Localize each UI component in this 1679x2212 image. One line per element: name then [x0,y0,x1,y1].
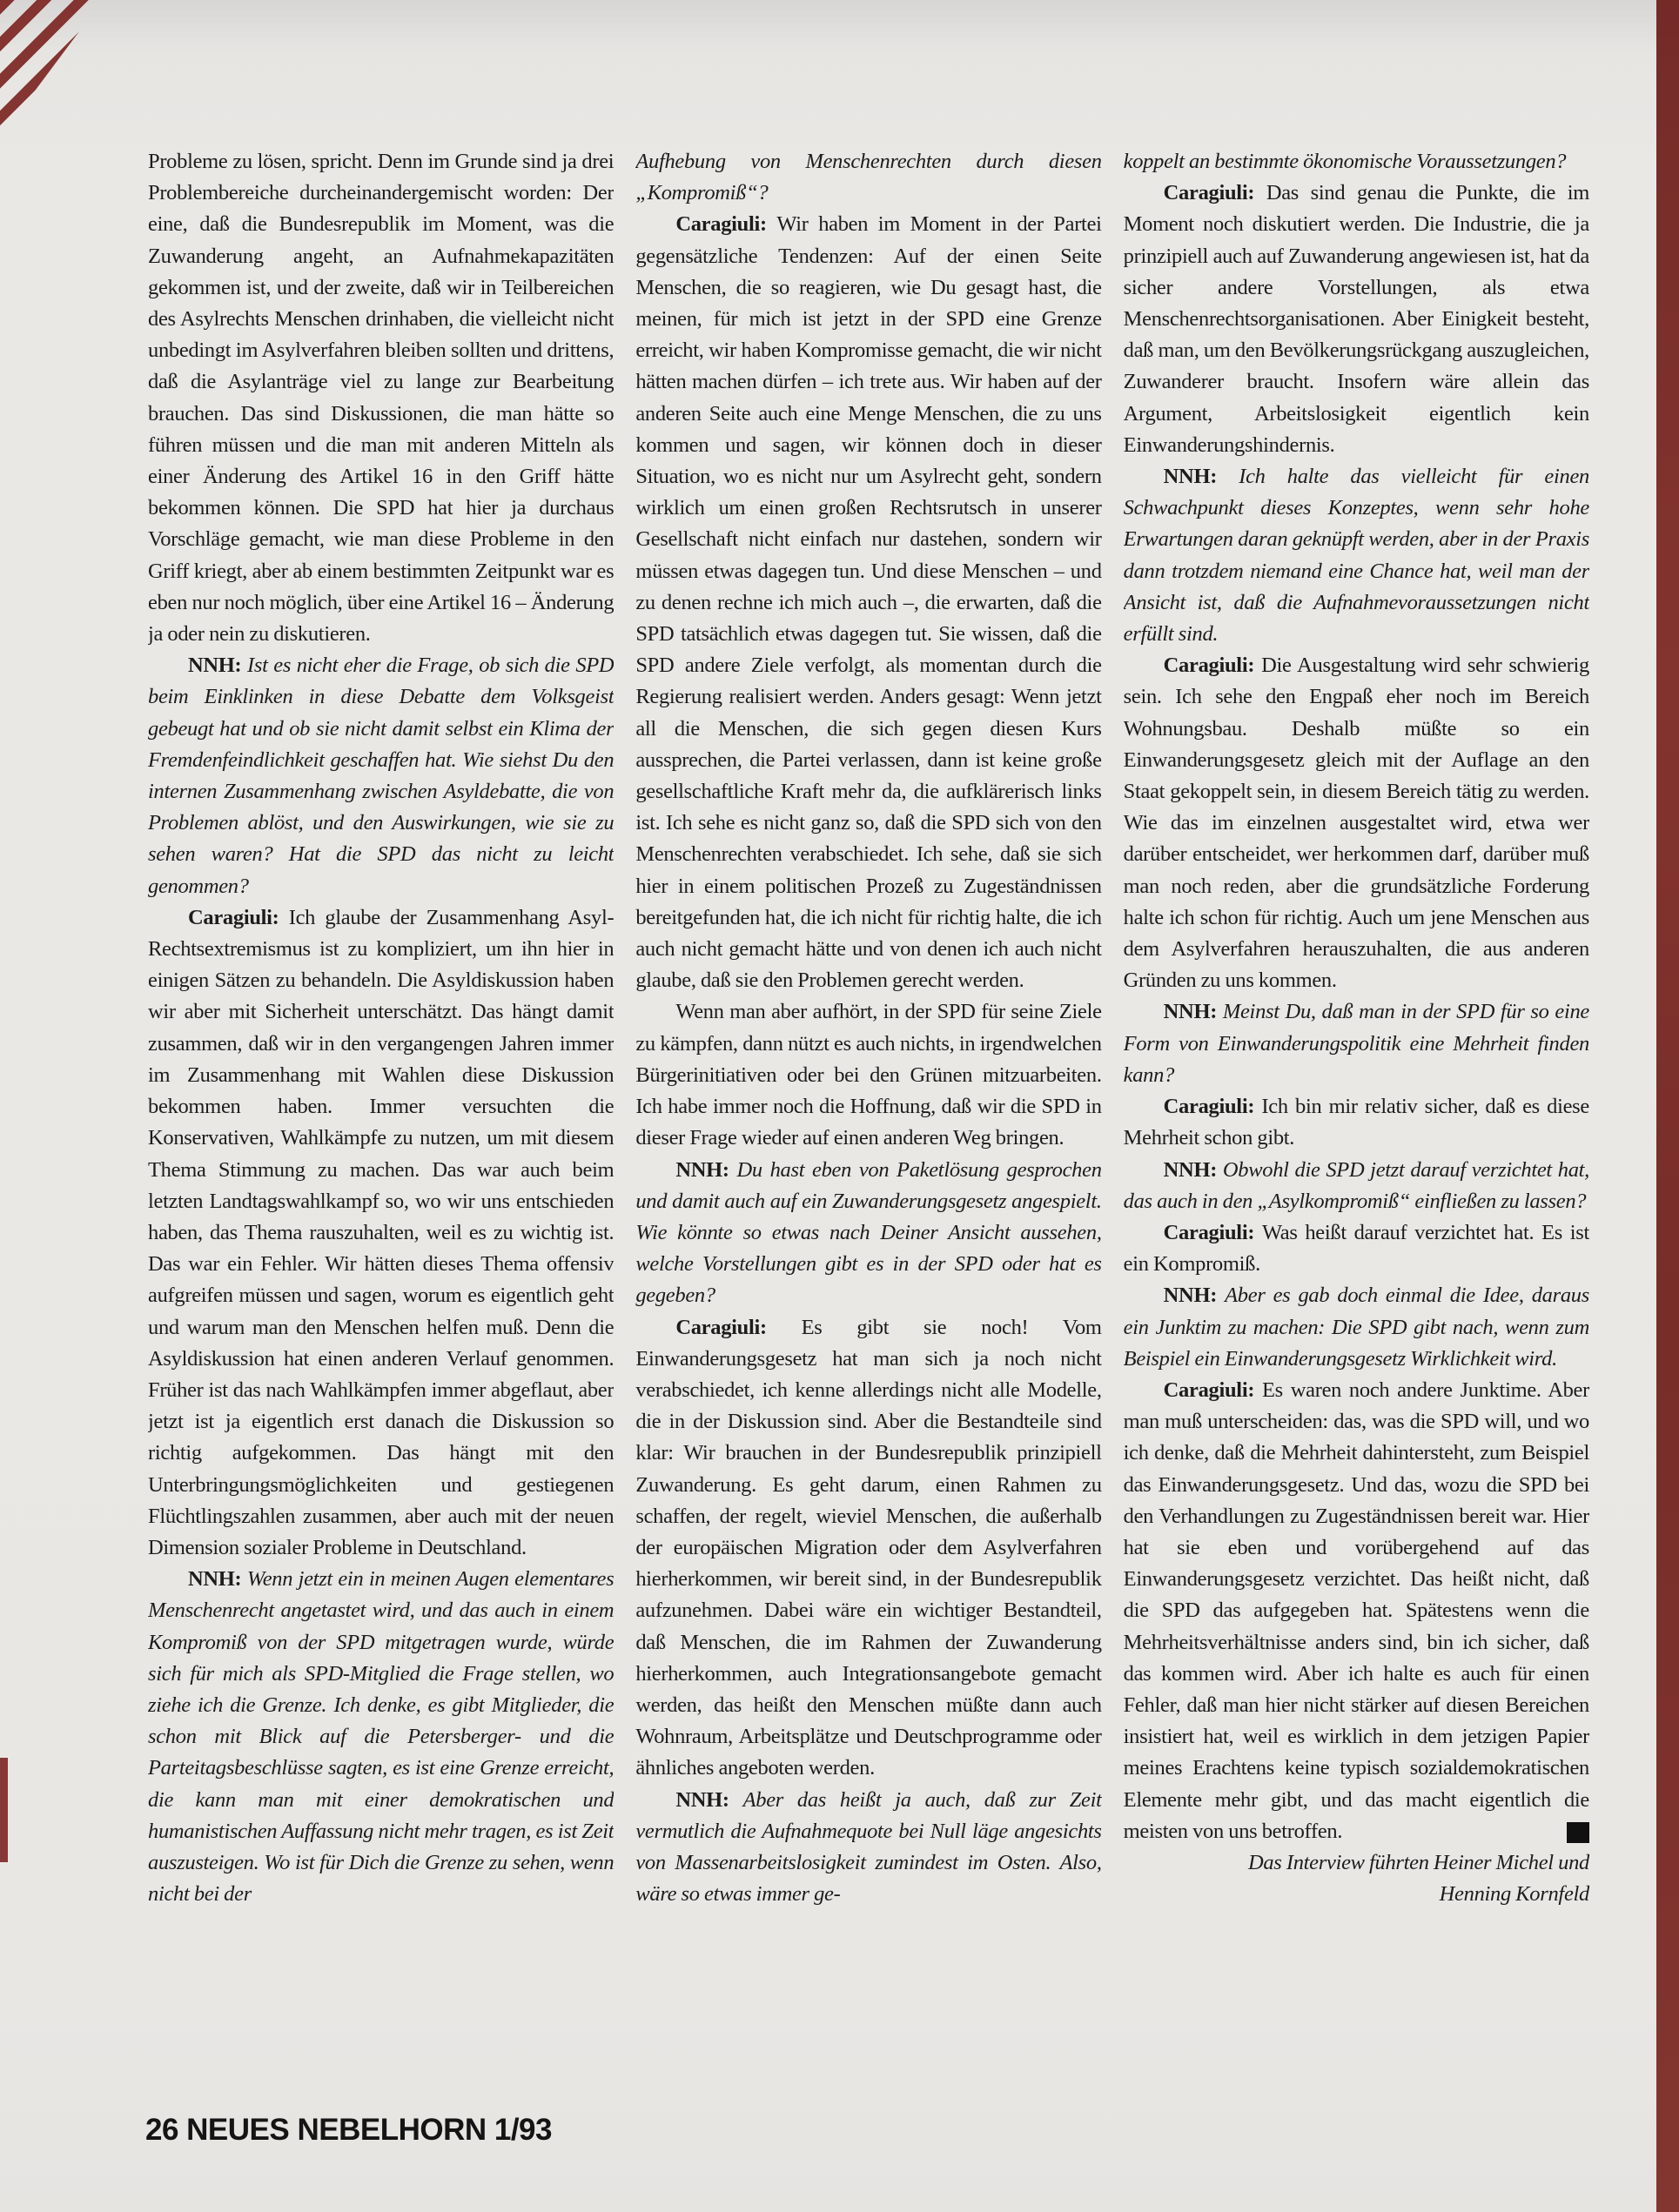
speaker-label: NNH: [188,654,247,677]
article-column-2: Aufhebung von Menschenrechten durch dies… [635,146,1101,2122]
interview-answer: Caragiuli: Das sind genau die Punkte, di… [1124,178,1589,461]
speaker-label: NNH: [675,1788,742,1812]
paragraph-text: Aufhebung von Menschenrechten durch dies… [635,150,1101,204]
speaker-label: Caragiuli: [1164,654,1261,677]
speaker-label: Caragiuli: [1164,1221,1262,1244]
interview-answer: Caragiuli: Was heißt darauf verzichtet h… [1124,1217,1589,1280]
speaker-label: NNH: [188,1567,247,1591]
interview-question: NNH: Wenn jetzt ein in meinen Augen elem… [148,1564,614,1910]
paragraph-text: Wenn jetzt ein in meinen Augen elementar… [148,1567,614,1906]
scan-corner-hatch-mark [0,0,111,146]
paragraph-text: Es gibt sie noch! Vom Einwanderungsgeset… [635,1316,1101,1780]
page-footer: 26 NEUES NEBELHORN 1/93 [145,2113,552,2148]
interview-answer: Wenn man aber aufhört, in der SPD für se… [635,996,1101,1154]
interview-question: NNH: Ist es nicht eher die Frage, ob sic… [148,650,614,902]
paragraph-text: Wenn man aber aufhört, in der SPD für se… [635,1000,1101,1150]
interview-question: NNH: Ich halte das vielleicht für einen … [1124,461,1589,650]
speaker-label: NNH: [1164,1158,1223,1182]
interview-answer: Caragiuli: Ich bin mir relativ sicher, d… [1124,1091,1589,1154]
speaker-label: Caragiuli: [1164,1095,1262,1118]
scan-right-edge-stripe [1656,0,1679,2212]
speaker-label: NNH: [675,1158,736,1182]
paragraph-text: koppelt an bestimmte ökonomische Vorauss… [1124,150,1567,173]
article-columns: Probleme zu lösen, spricht. Denn im Grun… [148,146,1589,2122]
interview-answer: Caragiuli: Es gibt sie noch! Vom Einwand… [635,1312,1101,1785]
article-column-1: Probleme zu lösen, spricht. Denn im Grun… [148,146,614,2122]
interview-question: NNH: Obwohl die SPD jetzt darauf verzich… [1124,1155,1589,1217]
interview-question: NNH: Du hast eben von Paketlösung gespro… [635,1155,1101,1312]
article-column-3: koppelt an bestimmte ökonomische Vorauss… [1124,146,1589,2122]
scan-left-edge-tick [0,1758,8,1862]
interview-question: Aufhebung von Menschenrechten durch dies… [635,146,1101,209]
interview-answer: Caragiuli: Wir haben im Moment in der Pa… [635,209,1101,996]
interview-question: NNH: Aber das heißt ja auch, daß zur Zei… [635,1785,1101,1911]
speaker-label: Caragiuli: [675,1316,801,1339]
paragraph-text: Wir haben im Moment in der Partei gegens… [635,212,1101,992]
interview-question: NNH: Aber es gab doch einmal die Idee, d… [1124,1280,1589,1375]
paragraph-text: Ist es nicht eher die Frage, ob sich die… [148,654,614,897]
interview-answer: Caragiuli: Es waren noch andere Junktime… [1124,1375,1589,1847]
paragraph-text: Ich glaube der Zusammenhang Asyl-Rechtse… [148,906,614,1559]
paragraph-text: Probleme zu lösen, spricht. Denn im Grun… [148,150,614,646]
scanned-magazine-page: Probleme zu lösen, spricht. Denn im Grun… [0,0,1679,2212]
interview-answer: Probleme zu lösen, spricht. Denn im Grun… [148,146,614,650]
byline-line: Henning Kornfeld [1440,1882,1589,1906]
speaker-label: Caragiuli: [1164,1378,1262,1402]
paragraph-text: Ich halte das vielleicht für einen Schwa… [1124,465,1589,646]
paragraph-text: Es waren noch andere Junktime. Aber man … [1124,1378,1589,1843]
paragraph-text: Die Ausgestaltung wird sehr schwierig se… [1124,654,1589,992]
speaker-label: NNH: [1164,465,1239,488]
byline: Das Interview führten Heiner Michel undH… [1124,1847,1589,1910]
speaker-label: Caragiuli: [1164,181,1266,204]
byline-line: Das Interview führten Heiner Michel und [1248,1851,1589,1874]
speaker-label: Caragiuli: [675,212,776,236]
interview-question: koppelt an bestimmte ökonomische Vorauss… [1124,146,1589,178]
interview-answer: Caragiuli: Ich glaube der Zusammenhang A… [148,902,614,1564]
interview-answer: Caragiuli: Die Ausgestaltung wird sehr s… [1124,650,1589,996]
speaker-label: Caragiuli: [188,906,289,929]
speaker-label: NNH: [1164,1000,1223,1023]
interview-question: NNH: Meinst Du, daß man in der SPD für s… [1124,996,1589,1091]
speaker-label: NNH: [1164,1284,1225,1307]
paragraph-text: Das sind genau die Punkte, die im Moment… [1124,181,1589,457]
end-of-article-marker [1567,1822,1589,1843]
